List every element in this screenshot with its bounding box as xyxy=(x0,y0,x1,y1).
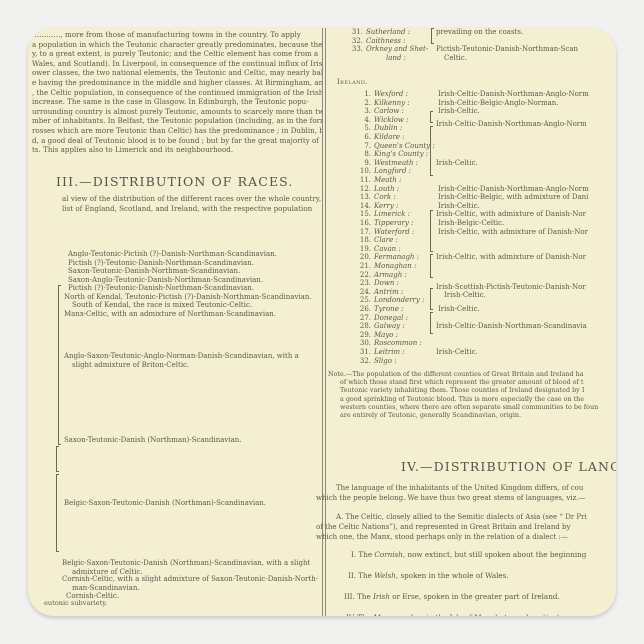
race-description: Irish-Celtic-Danish-Northman-Anglo-Norm xyxy=(438,90,589,98)
document-page: …………, more from those of manufacturing t… xyxy=(28,28,616,616)
county-number: 16. xyxy=(353,219,371,227)
county-number: 29. xyxy=(353,331,371,339)
race-description: Irish-Celtic, with admixture of Danish-N… xyxy=(436,210,586,218)
language-numeral: IV. The xyxy=(346,613,373,616)
race-description: Irish-Scottish-Pictish-Teutonic-Danish-N… xyxy=(436,283,586,291)
language-name: Irish xyxy=(373,592,390,601)
county-name: land : xyxy=(386,54,406,62)
county-row: 1.Wexford : xyxy=(353,90,408,98)
county-name: Monaghan : xyxy=(374,262,416,270)
county-row: 4.Wicklow : xyxy=(353,116,409,124)
county-number: 26. xyxy=(353,305,371,313)
county-number: 31. xyxy=(353,348,371,356)
language-item: I. The Cornish, now extinct, but still s… xyxy=(351,550,586,559)
county-name: Sligo : xyxy=(374,357,397,365)
county-number: 3. xyxy=(353,107,371,115)
text-line: Wales, and Scotland). In Liverpool, in c… xyxy=(32,59,322,69)
race-description: Irish-Celtic. xyxy=(438,107,480,115)
note-line: Note.—The population of the different co… xyxy=(328,370,584,378)
county-name: Westmeath : xyxy=(374,159,418,167)
county-row: 29.Mayo : xyxy=(353,331,398,339)
county-name: Cork : xyxy=(374,193,396,201)
county-row: 20.Fermanagh : xyxy=(353,253,419,261)
county-row: 21.Monaghan : xyxy=(353,262,416,270)
county-number: 13. xyxy=(353,193,371,201)
text-line: ower classes, the two national elements,… xyxy=(32,68,322,78)
county-name: Tyrone : xyxy=(374,305,403,313)
county-row: 9.Westmeath : xyxy=(353,159,418,167)
bracket xyxy=(430,210,434,252)
language-name: Welsh xyxy=(374,571,396,580)
text-line: which the people belong. We have thus tw… xyxy=(316,494,585,502)
county-number: 30. xyxy=(353,339,371,347)
county-row: 23.Down : xyxy=(353,279,399,287)
county-number: 25. xyxy=(353,296,371,304)
county-number: 1. xyxy=(353,90,371,98)
race-description: Irish-Celtic-Belgic-Anglo-Norman. xyxy=(438,99,559,107)
race-description: Irish-Celtic. xyxy=(438,305,480,313)
language-description: , now extinct, but still spoken about th… xyxy=(403,550,586,559)
footnote: eutonic subvariety. xyxy=(44,599,107,608)
county-name: Kildare : xyxy=(374,133,404,141)
race-entry: Anglo-Saxon-Teutonic-Anglo-Norman-Danish… xyxy=(64,352,299,361)
county-row: 26.Tyrone : xyxy=(353,305,403,313)
race-entry: Manx-Celtic, with an admixture of Northm… xyxy=(64,310,276,319)
race-description: Irish-Celtic-Danish-Northman-Anglo-Norm xyxy=(436,120,587,128)
county-name: Limerick : xyxy=(374,210,410,218)
county-name: Down : xyxy=(374,279,399,287)
county-row: land : xyxy=(345,54,406,62)
county-number: 9. xyxy=(353,159,371,167)
county-name: Donegal : xyxy=(374,314,408,322)
county-name: Armagh : xyxy=(374,271,407,279)
text-line: ts. This applies also to Limerick and it… xyxy=(32,145,322,155)
bracket xyxy=(430,312,434,334)
county-number: 19. xyxy=(353,245,371,253)
race-entry: Belgic-Saxon-Teutonic-Danish (Northman)-… xyxy=(64,499,266,508)
text-line: The language of the inhabitants of the U… xyxy=(336,484,583,492)
county-number: 22. xyxy=(353,271,371,279)
county-number: 17. xyxy=(353,228,371,236)
county-row: 3.Carlow : xyxy=(353,107,404,115)
county-number: 5. xyxy=(353,124,371,132)
county-row: 17.Waterford : xyxy=(353,228,414,236)
race-description: Irish-Celtic. xyxy=(438,202,480,210)
race-description: Irish-Celtic-Danish-Northman-Scandinavia xyxy=(436,322,587,330)
county-number: 28. xyxy=(353,322,371,330)
text-line: …………, more from those of manufacturing t… xyxy=(32,30,322,40)
county-number: 18. xyxy=(353,236,371,244)
note-line: Teutonic variety inhabiting them. Those … xyxy=(340,386,584,394)
county-number: 32. xyxy=(353,357,371,365)
county-row: 31.Sutherland : xyxy=(345,28,410,36)
race-description: Irish-Celtic, with admixture of Danish-N… xyxy=(438,228,588,236)
county-name: Tipperary : xyxy=(374,219,413,227)
note-line: are entirely of Teutonic, generally Scan… xyxy=(340,411,521,419)
text-line: e having the predominance in the middle … xyxy=(32,78,322,88)
county-name: Leitrim : xyxy=(374,348,405,356)
county-name: Londonderry : xyxy=(374,296,424,304)
race-entry: man-Scandinavian. xyxy=(72,584,140,593)
county-number: 21. xyxy=(353,262,371,270)
race-description: Irish-Celtic. xyxy=(436,348,478,356)
county-row: 32.Sligo : xyxy=(353,357,397,365)
ireland-label: Ireland. xyxy=(337,78,368,86)
county-name: Longford : xyxy=(374,167,411,175)
county-row: 14.Kerry : xyxy=(353,202,398,210)
county-number: 33. xyxy=(345,45,363,53)
text-line: a population in which the Teutonic chara… xyxy=(32,40,322,50)
county-name: Dublin : xyxy=(374,124,402,132)
text-line: al view of the distribution of the diffe… xyxy=(62,194,324,204)
county-name: Sutherland : xyxy=(366,28,410,36)
text-line: mber of inhabitants. In Belfast, the Teu… xyxy=(32,116,322,126)
county-number: 14. xyxy=(353,202,371,210)
county-row: 27.Donegal : xyxy=(353,314,408,322)
county-name: Meath : xyxy=(374,176,401,184)
county-row: 22.Armagh : xyxy=(353,271,407,279)
bracket xyxy=(431,28,435,44)
text-line: A. The Celtic, closely allied to the Sem… xyxy=(336,513,587,521)
race-description: Celtic. xyxy=(444,54,467,62)
county-number: 6. xyxy=(353,133,371,141)
county-row: 2.Kilkenny : xyxy=(353,99,410,107)
language-name: Cornish xyxy=(374,550,403,559)
bracket xyxy=(56,446,60,472)
county-row: 10.Longford : xyxy=(353,167,411,175)
race-entry: Pictish (?)-Teutonic-Danish-Northman-Sca… xyxy=(68,259,254,268)
bracket xyxy=(56,474,60,552)
right-column: 31.Sutherland :prevailing on the coasts.… xyxy=(331,28,616,616)
county-number: 10. xyxy=(353,167,371,175)
county-row: 18.Clare : xyxy=(353,236,398,244)
county-row: 15.Limerick : xyxy=(353,210,410,218)
county-number: 31. xyxy=(345,28,363,36)
race-description: Irish-Celtic. xyxy=(436,159,478,167)
race-entry: South of Kendal, the race is mixed Teuto… xyxy=(72,301,252,310)
bracket xyxy=(430,111,434,123)
county-row: 16.Tipperary : xyxy=(353,219,413,227)
race-description: Pictish-Teutonic-Danish-Northman-Scan xyxy=(436,45,578,53)
note-line: of which those stand first which represe… xyxy=(340,378,583,386)
bracket xyxy=(430,126,434,176)
language-name: Manx xyxy=(373,613,393,616)
race-description: Irish-Celtic, with admixture of Danish-N… xyxy=(436,253,586,261)
note-line: a good sprinkling of Teutonic blood. Thi… xyxy=(340,395,584,403)
county-name: Fermanagh : xyxy=(374,253,419,261)
county-number: 15. xyxy=(353,210,371,218)
county-row: 5.Dublin : xyxy=(353,124,402,132)
county-number: 23. xyxy=(353,279,371,287)
county-row: 25.Londonderry : xyxy=(353,296,424,304)
county-name: Orkney and Shet- xyxy=(366,45,428,53)
county-name: Kilkenny : xyxy=(374,99,410,107)
race-description: Irish-Belgic-Celtic. xyxy=(438,219,504,227)
county-name: Clare : xyxy=(374,236,398,244)
intro-paragraph: …………, more from those of manufacturing t… xyxy=(32,30,322,155)
section-heading-languages: IV.—DISTRIBUTION OF LANGUA xyxy=(401,459,616,474)
county-name: Mayo : xyxy=(374,331,398,339)
race-entry: slight admixture of Briton-Celtic. xyxy=(72,361,189,370)
county-name: Louth : xyxy=(374,185,399,193)
text-line: rosses which are more Teutonic than Celt… xyxy=(32,126,322,136)
county-number: 2. xyxy=(353,99,371,107)
race-entry: Anglo-Teutonic-Pictish (?)-Danish-Northm… xyxy=(68,250,277,259)
county-row: 32.Caithness : xyxy=(345,37,406,45)
county-name: Cavan : xyxy=(374,245,401,253)
county-name: Kerry : xyxy=(374,202,398,210)
county-row: 12.Louth : xyxy=(353,185,399,193)
county-number: 32. xyxy=(345,37,363,45)
language-item: III. The Irish or Erse, spoken in the gr… xyxy=(344,592,560,601)
county-row: 30.Roscommon : xyxy=(353,339,422,347)
race-entry: Saxon-Teutonic-Danish-Northman-Scandinav… xyxy=(68,267,240,276)
text-line: which one, the Manx, stood perhaps only … xyxy=(316,533,568,541)
county-name: Wexford : xyxy=(374,90,408,98)
text-line: d, a good deal of Teutonic blood is to b… xyxy=(32,136,322,146)
race-entry: Pictish (?)-Teutonic-Danish-Northman-Sca… xyxy=(68,284,254,293)
county-row: 8.King's County : xyxy=(353,150,428,158)
county-name: Waterford : xyxy=(374,228,414,236)
county-number: 4. xyxy=(353,116,371,124)
county-row: 31.Leitrim : xyxy=(353,348,405,356)
language-description: , spoken in the whole of Wales. xyxy=(396,571,509,580)
races-intro-paragraph: al view of the distribution of the diffe… xyxy=(62,194,324,213)
race-entry: North of Kendal, Teutonic-Pictish (?)-Da… xyxy=(64,293,312,302)
race-entry: Cornish-Celtic, with a slight admixture … xyxy=(62,575,318,584)
race-description: Irish-Celtic. xyxy=(444,291,486,299)
county-row: 13.Cork : xyxy=(353,193,396,201)
county-name: Carlow : xyxy=(374,107,404,115)
text-line: list of England, Scotland, and Ireland, … xyxy=(62,204,324,214)
county-number: 11. xyxy=(353,176,371,184)
county-row: 33.Orkney and Shet- xyxy=(345,45,428,53)
language-item: IV. The Manx, spoken in the Isle of Man,… xyxy=(346,613,562,616)
county-row: 24.Antrim : xyxy=(353,288,403,296)
left-column: …………, more from those of manufacturing t… xyxy=(28,28,322,616)
county-number: 27. xyxy=(353,314,371,322)
county-name: Antrim : xyxy=(374,288,403,296)
county-name: King's County : xyxy=(374,150,428,158)
county-name: Wicklow : xyxy=(374,116,409,124)
text-line: , the Celtic population, in consequence … xyxy=(32,88,322,98)
language-description: or Erse, spoken in the greater part of I… xyxy=(390,592,560,601)
section-heading-races: III.—DISTRIBUTION OF RACES. xyxy=(56,174,293,189)
county-row: 28.Galway : xyxy=(353,322,405,330)
county-name: Roscommon : xyxy=(374,339,422,347)
race-entry: Saxon-Teutonic-Danish (Northman)-Scandin… xyxy=(64,436,242,445)
county-number: 24. xyxy=(353,288,371,296)
race-entry: Belgic-Saxon-Teutonic-Danish (Northman)-… xyxy=(62,559,310,568)
language-numeral: II. The xyxy=(348,571,374,580)
bracket xyxy=(430,254,434,278)
race-entry: Saxon-Anglo-Teutonic-Danish-Northman-Sca… xyxy=(68,276,263,285)
note-line: western counties, where there are often … xyxy=(340,403,598,411)
county-row: 6.Kildare : xyxy=(353,133,404,141)
language-numeral: III. The xyxy=(344,592,373,601)
race-description: prevailing on the coasts. xyxy=(436,28,523,36)
county-name: Caithness : xyxy=(366,37,406,45)
text-line: urrounding country is almost purely Teut… xyxy=(32,107,322,117)
county-number: 8. xyxy=(353,150,371,158)
county-row: 11.Meath : xyxy=(353,176,401,184)
text-line: y, to a great extent, is purely Teutonic… xyxy=(32,49,322,59)
language-description: , spoken in the Isle of Man, but nearly … xyxy=(394,613,562,616)
language-item: II. The Welsh, spoken in the whole of Wa… xyxy=(348,571,509,580)
race-description: Irish-Celtic-Danish-Northman-Anglo-Norm xyxy=(438,185,589,193)
county-row: 7.Queen's County : xyxy=(353,142,435,150)
race-description: Irish-Celtic-Belgic, with admixture of D… xyxy=(438,193,588,201)
text-line: increase. The same is the case in Glasgo… xyxy=(32,97,322,107)
text-line: of the Celtic Nations”), and represented… xyxy=(316,523,571,531)
county-row: 19.Cavan : xyxy=(353,245,401,253)
bracket xyxy=(430,288,434,310)
county-number: 7. xyxy=(353,142,371,150)
county-name: Queen's County : xyxy=(374,142,435,150)
county-number: 12. xyxy=(353,185,371,193)
bracket xyxy=(58,285,62,445)
language-numeral: I. The xyxy=(351,550,374,559)
county-number: 20. xyxy=(353,253,371,261)
county-name: Galway : xyxy=(374,322,405,330)
